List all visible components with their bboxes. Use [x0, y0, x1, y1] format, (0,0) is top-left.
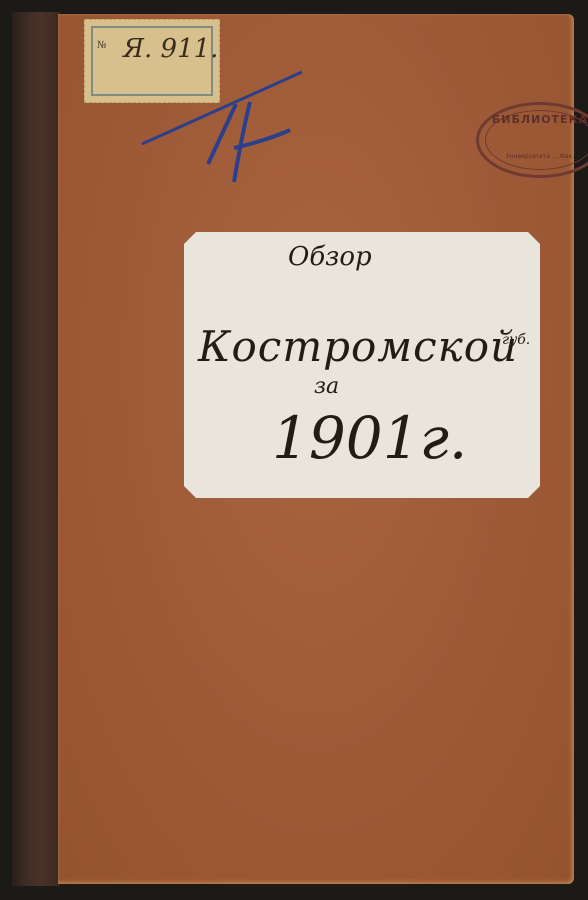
blue-pencil-mark-icon — [138, 64, 318, 184]
title-year: 1901г. — [272, 404, 467, 472]
stamp-bottom-text: Университета ... Фак. — [479, 153, 588, 160]
title-label: Обзор Костромской губ. за 1901г. — [184, 232, 540, 498]
title-line-1: Обзор — [288, 242, 372, 272]
inventory-number-prefix: № — [97, 40, 106, 51]
book-cover: № Я. 911. БИБЛИОТЕКА Университета ... Фа… — [58, 14, 574, 884]
title-line-2: Костромской — [198, 322, 518, 371]
inventory-number: Я. 911. — [123, 34, 218, 64]
book-spine — [12, 12, 60, 886]
library-stamp: БИБЛИОТЕКА Университета ... Фак. — [476, 102, 588, 178]
title-line-3: за — [314, 374, 339, 399]
title-line-2-suffix: губ. — [502, 332, 530, 348]
stamp-top-text: БИБЛИОТЕКА — [479, 113, 588, 126]
book: № Я. 911. БИБЛИОТЕКА Университета ... Фа… — [12, 12, 576, 886]
